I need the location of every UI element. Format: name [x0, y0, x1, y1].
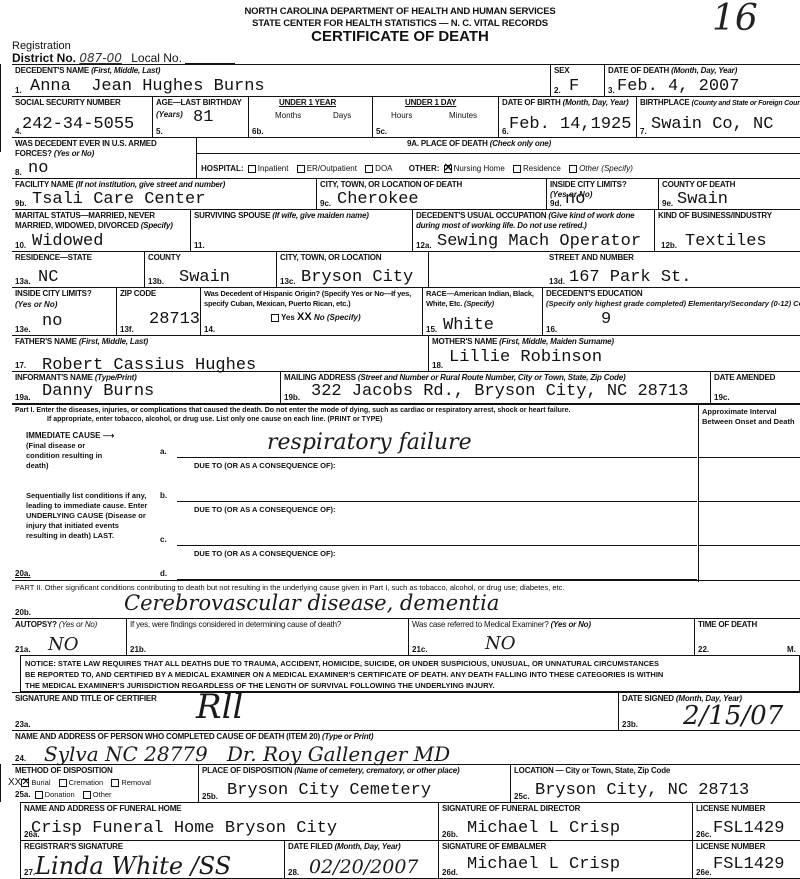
marital-status-hint: (Specify): [141, 221, 173, 230]
informant-name-hint: (Type/Print): [95, 373, 137, 382]
field-number: 20b.: [15, 608, 31, 617]
funeral-home-cell[interactable]: NAME AND ADDRESS OF FUNERAL HOME 26a. Cr…: [20, 803, 438, 840]
death-city-cell[interactable]: CITY, TOWN, OR LOCATION OF DEATH 9c. Che…: [316, 179, 546, 209]
field-number: 23b.: [622, 720, 638, 729]
autopsy-hint: (Yes or No): [59, 620, 97, 629]
row-ssn: SOCIAL SECURITY NUMBER 4. 242-34-5055 AG…: [12, 96, 800, 137]
date-of-death-label: DATE OF DEATH: [608, 66, 669, 75]
residence-county: Swain: [179, 269, 230, 287]
minutes-label: Minutes: [449, 111, 477, 120]
other-disposition-label: Other: [93, 790, 112, 799]
facility-hint: (If not institution, give street and num…: [76, 180, 225, 189]
armed-forces-hint: (Yes or No): [54, 149, 94, 158]
due-to-label: DUE TO (OR AS A CONSEQUENCE OF):: [194, 549, 336, 558]
age-cell[interactable]: AGE—Last Birthday (Years) 5. 81: [152, 97, 248, 137]
residence-county-label: COUNTY: [148, 253, 181, 263]
education-label: DECEDENT'S EDUCATION: [546, 289, 642, 299]
disposition-location-cell[interactable]: LOCATION — City or Town, State, Zip Code…: [510, 765, 800, 802]
field-number: 1.: [15, 86, 22, 95]
sex-cell[interactable]: SEX 2. F: [550, 65, 604, 96]
residence-street-cell[interactable]: STREET AND NUMBER 13d. 167 Park St.: [428, 252, 800, 287]
field-number: 13b.: [148, 277, 164, 286]
row-certifier: SIGNATURE AND TITLE OF CERTIFIER 23a. Rl…: [12, 692, 800, 730]
ssn-value: 242-34-5055: [22, 116, 134, 134]
date-of-birth-cell[interactable]: DATE OF BIRTH (Month, Day, Year) 6. Feb.…: [498, 97, 636, 137]
age-value: 81: [193, 109, 213, 127]
spouse-label: SURVIVING SPOUSE: [194, 211, 270, 220]
er-outpatient-checkbox[interactable]: [297, 165, 305, 173]
date-amended-label: DATE AMENDED: [714, 373, 775, 383]
spouse-hint: (If wife, give maiden name): [272, 211, 368, 220]
date-filed-label: DATE FILED: [288, 842, 333, 851]
field-number: 19b.: [284, 393, 300, 402]
field-number: 13c.: [280, 277, 296, 286]
field-number: 19c.: [714, 393, 730, 402]
date-of-birth-label: DATE OF BIRTH: [502, 98, 561, 107]
notice-box: NOTICE: STATE LAW REQUIRES THAT ALL DEAT…: [20, 655, 800, 692]
field-number: 13e.: [15, 325, 31, 334]
ssn-label: SOCIAL SECURITY NUMBER: [15, 98, 121, 108]
age-label: AGE—Last Birthday: [156, 98, 242, 108]
decedent-name-hint: (First, Middle, Last): [91, 66, 160, 75]
mother-name-label: MOTHER'S NAME: [432, 337, 497, 346]
row-residence: RESIDENCE—STATE 13a. NC COUNTY 13b. Swai…: [12, 251, 800, 287]
field-number: 25a.: [15, 790, 31, 799]
other-checkbox[interactable]: [83, 791, 91, 799]
notice-line1: NOTICE: STATE LAW REQUIRES THAT ALL DEAT…: [25, 658, 799, 669]
residence-state-label: RESIDENCE—STATE: [15, 253, 92, 263]
field-number: 9e.: [662, 199, 673, 208]
place-of-death-label: PLACE OF DEATH: [421, 139, 488, 148]
registrar-cell[interactable]: REGISTRAR'S SIGNATURE 27. Linda White /S…: [20, 841, 284, 878]
date-of-birth: Feb. 14,1925: [509, 116, 631, 134]
father-name-label: FATHER'S NAME: [15, 337, 77, 346]
residence-checkbox[interactable]: [513, 165, 521, 173]
birthplace-hint: (County and State or Foreign Country): [692, 100, 800, 107]
cremation-label: Cremation: [69, 778, 104, 787]
field-number: 6.: [502, 127, 509, 136]
row-armed-place: WAS DECEDENT EVER IN U.S. ARMED FORCES? …: [12, 137, 800, 178]
date-of-death-hint: (Month, Day, Year): [671, 66, 737, 75]
field-number: 20a.: [15, 569, 31, 578]
autopsy-label: AUTOPSY?: [15, 620, 57, 629]
facility-label: FACILITY NAME: [15, 180, 74, 189]
sex-value: F: [569, 78, 579, 96]
row-registrar: REGISTRAR'S SIGNATURE 27. Linda White /S…: [20, 840, 800, 879]
date-filed: 02/20/2007: [309, 856, 419, 878]
registration-block: Registration District No. 087-00 Local N…: [12, 40, 235, 64]
field-number: 5c.: [376, 127, 387, 136]
embalmer-label: SIGNATURE OF EMBALMER: [442, 842, 546, 852]
death-city-label: CITY, TOWN, OR LOCATION OF DEATH: [320, 180, 462, 190]
residence-street: 167 Park St.: [569, 269, 691, 287]
armed-forces-cell[interactable]: WAS DECEDENT EVER IN U.S. ARMED FORCES? …: [12, 138, 196, 178]
part1-instruction-line1: Part I. Enter the diseases, injuries, or…: [15, 406, 705, 415]
field-number: 26b.: [442, 830, 458, 839]
field-number: 23a.: [15, 720, 31, 729]
inpatient-checkbox[interactable]: [248, 165, 256, 173]
row-completer[interactable]: NAME AND ADDRESS OF PERSON WHO COMPLETED…: [12, 730, 800, 764]
other-specify-label: Other (Specify): [579, 164, 633, 173]
hispanic-yes-checkbox[interactable]: [271, 314, 279, 322]
local-label: Local No.: [131, 51, 182, 65]
removal-label: Removal: [121, 778, 151, 787]
nursing-home-checkbox[interactable]: [444, 165, 452, 173]
informant-name: Danny Burns: [42, 383, 154, 401]
zip-label: ZIP CODE: [120, 289, 156, 299]
cremation-checkbox[interactable]: [59, 779, 67, 787]
autopsy-value: NO: [48, 634, 79, 655]
row-parents: FATHER'S NAME (First, Middle, Last) 17. …: [12, 335, 800, 371]
education: 9: [601, 311, 611, 329]
race: White: [443, 317, 494, 335]
birthplace: Swain Co, NC: [651, 116, 773, 134]
date-signed-cell[interactable]: DATE SIGNED (Month, Day, Year) 23b. 2/15…: [618, 693, 800, 730]
field-number: 13f.: [120, 325, 134, 334]
due-to-label: DUE TO (OR AS A CONSEQUENCE OF):: [194, 505, 336, 514]
field-number: 9d.: [550, 199, 562, 208]
hispanic-no-label: No (Specify): [314, 313, 361, 322]
residence-state: NC: [38, 269, 58, 287]
medical-examiner-value: NO: [485, 633, 516, 654]
field-number: 13d.: [549, 277, 565, 286]
spouse-cell[interactable]: SURVIVING SPOUSE (If wife, give maiden n…: [190, 210, 412, 251]
marital-status: Widowed: [32, 233, 103, 251]
field-number: 15.: [426, 325, 437, 334]
informant-address: 322 Jacobs Rd., Bryson City, NC 28713: [311, 383, 688, 401]
residence-county-cell[interactable]: COUNTY 13b. Swain: [144, 252, 276, 287]
date-filed-cell[interactable]: DATE FILED (Month, Day, Year) 28. 02/20/…: [284, 841, 438, 878]
under-1-year-label: UNDER 1 YEAR: [279, 98, 336, 108]
marital-status-cell[interactable]: MARITAL STATUS—Married, Never Married, W…: [12, 210, 190, 251]
cause-of-death-section: Part I. Enter the diseases, injuries, or…: [12, 403, 800, 580]
date-of-birth-hint: (Month, Day, Year): [563, 98, 629, 107]
field-number: 26d.: [442, 868, 458, 877]
sequential-hint: Sequentially list conditions if any, lea…: [26, 491, 150, 541]
race-hint: (Specify): [464, 299, 494, 308]
notice-line3: THE MEDICAL EXAMINER'S JURISDICTION REGA…: [25, 680, 799, 691]
director-license: FSL1429: [713, 820, 784, 838]
age-hint: (Years): [156, 110, 183, 119]
ssn-cell[interactable]: SOCIAL SECURITY NUMBER 4. 242-34-5055: [12, 97, 152, 137]
field-number: 24.: [15, 754, 26, 763]
field-number: 17.: [15, 361, 26, 370]
medical-examiner-label: Was case referred to Medical Examiner?: [412, 620, 549, 629]
time-suffix: M.: [787, 645, 796, 654]
days-label: Days: [333, 111, 351, 120]
field-number: 21b.: [130, 645, 146, 654]
medical-examiner-hint: (Yes or No): [551, 620, 591, 629]
district-number[interactable]: 087-00: [79, 51, 122, 65]
district-label: District No.: [12, 51, 76, 65]
row-funeral-home: NAME AND ADDRESS OF FUNERAL HOME 26a. Cr…: [20, 802, 800, 840]
place-of-death-cell: 9a. PLACE OF DEATH (Check only one) HOSP…: [196, 138, 800, 178]
part1-instructions: Part I. Enter the diseases, injuries, or…: [15, 406, 705, 424]
education-cell[interactable]: DECEDENT'S EDUCATION (Specify only highe…: [542, 288, 800, 335]
part2-section[interactable]: PART II. Other significant conditions co…: [12, 580, 800, 618]
cause-a-value: respiratory failure: [267, 430, 472, 455]
death-county-label: COUNTY OF DEATH: [662, 180, 735, 190]
director-license-label: LICENSE NUMBER: [696, 804, 765, 814]
death-inside-limits-cell[interactable]: INSIDE CITY LIMITS? (Yes or No) 9d. no: [546, 179, 658, 209]
field-number: 28.: [288, 868, 299, 877]
occupation-cell[interactable]: DECEDENT'S USUAL OCCUPATION (Give kind o…: [412, 210, 654, 251]
disposition-options-row2: 25a. Donation Other: [15, 790, 112, 799]
funeral-home: Crisp Funeral Home Bryson City: [31, 820, 337, 838]
disposition-place: Bryson City Cemetery: [227, 782, 431, 800]
disposition-place-hint: (Name of cemetery, crematory, or other p…: [294, 766, 459, 775]
removal-checkbox[interactable]: [111, 779, 119, 787]
residence-inside-limits: no: [42, 313, 62, 331]
certifier-signature-cell[interactable]: SIGNATURE AND TITLE OF CERTIFIER 23a. Rl…: [12, 693, 618, 730]
field-number: 9b.: [15, 199, 27, 208]
zip-cell[interactable]: ZIP CODE 13f. 28713: [116, 288, 200, 335]
cause-line-c[interactable]: [177, 545, 697, 546]
cause-line-a[interactable]: [177, 457, 697, 458]
date-of-death-cell[interactable]: DATE OF DEATH (Month, Day, Year) 3. Feb.…: [604, 65, 800, 96]
hispanic-origin-label: Was Decedent of Hispanic Origin? (Specif…: [204, 289, 420, 309]
field-number: 18.: [432, 361, 443, 370]
disposition-location-label: LOCATION — City or Town, State, Zip Code: [514, 766, 670, 776]
notice-text: NOTICE: STATE LAW REQUIRES THAT ALL DEAT…: [25, 658, 799, 691]
embalmer-license-label: LICENSE NUMBER: [696, 842, 765, 852]
line-b-letter: b.: [160, 491, 167, 500]
disposition-place-label: PLACE OF DISPOSITION: [202, 766, 292, 775]
decedent-name-label: DECEDENT'S NAME: [15, 66, 89, 75]
father-name-cell[interactable]: FATHER'S NAME (First, Middle, Last) 17. …: [12, 336, 428, 371]
certifier-signature: Rll: [196, 687, 243, 727]
informant-address-label: MAILING ADDRESS: [284, 373, 356, 382]
armed-forces-value: no: [28, 160, 48, 178]
field-number: 26e.: [696, 868, 712, 877]
embalmer: Michael L Crisp: [467, 856, 620, 874]
residence-state-cell[interactable]: RESIDENCE—STATE 13a. NC: [12, 252, 144, 287]
completer-hint: (Type or Print): [322, 732, 373, 741]
interval-line-a[interactable]: [698, 457, 800, 458]
immediate-cause-text: IMMEDIATE CAUSE: [26, 431, 101, 440]
race-cell[interactable]: RACE—American Indian, Black, White, Etc.…: [422, 288, 542, 335]
date-filed-hint: (Month, Day, Year): [335, 842, 401, 851]
burial-label: Burial: [31, 778, 50, 787]
funeral-director-cell[interactable]: SIGNATURE OF FUNERAL DIRECTOR 26b. Micha…: [438, 803, 692, 840]
decedent-name: Anna Jean Hughes Burns: [30, 78, 265, 96]
field-number: 12b.: [661, 241, 677, 250]
embalmer-license-cell[interactable]: LICENSE NUMBER 26e. FSL1429: [692, 841, 800, 878]
registrar-label: REGISTRAR'S SIGNATURE: [24, 842, 123, 852]
field-number: 27.: [24, 868, 35, 877]
autopsy-cell[interactable]: AUTOPSY? (Yes or No) 21a. NO: [12, 619, 126, 655]
disposition-options-row1: XXBurial Cremation Removal: [8, 777, 151, 788]
department-header: NORTH CAROLINA DEPARTMENT OF HEALTH AND …: [0, 6, 800, 17]
father-name-hint: (First, Middle, Last): [79, 337, 148, 346]
funeral-director: Michael L Crisp: [467, 820, 620, 838]
cause-line-b[interactable]: [177, 501, 697, 502]
informant-address-hint: (Street and Number or Rural Route Number…: [358, 373, 626, 382]
sex-label: SEX: [554, 66, 569, 76]
informant-name-cell[interactable]: INFORMANT'S NAME (Type/Print) 19a. Danny…: [12, 372, 280, 403]
findings-label: If yes, were findings considered in dete…: [130, 620, 341, 630]
funeral-home-label: NAME AND ADDRESS OF FUNERAL HOME: [24, 804, 181, 814]
date-signed-label: DATE SIGNED: [622, 694, 674, 703]
donation-label: Donation: [45, 790, 75, 799]
field-number: 14.: [204, 325, 215, 334]
row-demographics: INSIDE CITY LIMITS? (Yes or No) 13e. no …: [12, 287, 800, 335]
er-outpatient-label: ER/Outpatient: [307, 164, 357, 173]
left-border-bracket: [0, 64, 12, 152]
field-number: 26c.: [696, 830, 712, 839]
field-number: 6b.: [252, 127, 264, 136]
immediate-cause-label: IMMEDIATE CAUSE ⟶: [26, 431, 114, 440]
disposition-place-cell[interactable]: PLACE OF DISPOSITION (Name of cemetery, …: [198, 765, 510, 802]
registrar-signature: Linda White /SS: [35, 852, 231, 879]
informant-address-cell[interactable]: MAILING ADDRESS (Street and Number or Ru…: [280, 372, 710, 403]
date-signed: 2/15/07: [683, 701, 783, 731]
field-number: 13a.: [15, 277, 31, 286]
field-number: 21c.: [412, 645, 428, 654]
facility-name: Tsali Care Center: [32, 191, 205, 209]
field-number: 21a.: [15, 645, 31, 654]
residence-street-label: STREET AND NUMBER: [549, 253, 634, 263]
inpatient-label: Inpatient: [258, 164, 289, 173]
date-amended-cell[interactable]: DATE AMENDED 19c.: [710, 372, 800, 403]
hispanic-yes-label: Yes: [281, 313, 295, 322]
occupation: Sewing Mach Operator: [437, 233, 641, 251]
under-1-day-label: UNDER 1 DAY: [405, 98, 456, 108]
funeral-director-label: SIGNATURE OF FUNERAL DIRECTOR: [442, 804, 580, 814]
row-name: DECEDENT'S NAME (First, Middle, Last) 1.…: [12, 64, 800, 96]
donation-checkbox[interactable]: [35, 791, 43, 799]
nursing-home-label: Nursing Home: [454, 164, 505, 173]
row-facility: FACILITY NAME (If not institution, give …: [12, 178, 800, 209]
hispanic-no-mark[interactable]: XX: [297, 311, 312, 323]
row-marital: MARITAL STATUS—Married, Never Married, W…: [12, 209, 800, 251]
part2-value: Cerebrovascular disease, dementia: [124, 591, 499, 615]
interval-line-c[interactable]: [698, 545, 800, 546]
decedent-name-cell[interactable]: DECEDENT'S NAME (First, Middle, Last) 1.…: [12, 65, 550, 96]
findings-cell[interactable]: If yes, were findings considered in dete…: [126, 619, 408, 655]
death-county: Swain: [677, 191, 728, 209]
industry-cell[interactable]: KIND OF BUSINESS/INDUSTRY 12b. Textiles: [654, 210, 800, 251]
certifier-signature-label: SIGNATURE AND TITLE OF CERTIFIER: [15, 694, 157, 704]
residence-inside-limits-cell[interactable]: INSIDE CITY LIMITS? (Yes or No) 13e. no: [12, 288, 116, 335]
burial-checkbox[interactable]: [21, 779, 29, 787]
row-informant: INFORMANT'S NAME (Type/Print) 19a. Danny…: [12, 371, 800, 403]
field-number: 12a.: [416, 241, 432, 250]
time-of-death-cell[interactable]: TIME OF DEATH 22. M.: [694, 619, 800, 655]
interval-divider: [698, 405, 699, 582]
doa-label: DOA: [375, 164, 392, 173]
residence-city: Bryson City: [301, 269, 413, 287]
field-number: 8.: [15, 168, 22, 177]
hospital-label: HOSPITAL:: [201, 164, 244, 173]
embalmer-cell[interactable]: SIGNATURE OF EMBALMER 26d. Michael L Cri…: [438, 841, 692, 878]
line-c-letter: c.: [160, 535, 167, 544]
field-number: 25b.: [202, 792, 218, 801]
industry: Textiles: [685, 233, 767, 251]
residence-inside-hint: (Yes or No): [15, 300, 57, 309]
under-1-year-cell[interactable]: UNDER 1 YEAR Months Days 6b.: [248, 97, 372, 137]
field-number: 11.: [194, 241, 205, 250]
date-of-death: Feb. 4, 2007: [617, 78, 739, 96]
field-number: 10.: [15, 241, 26, 250]
time-of-death-label: TIME OF DEATH: [698, 620, 757, 630]
education-hint: (Specify only highest grade completed) E…: [546, 299, 800, 309]
field-number: 7.: [640, 127, 647, 136]
field-number: 2.: [554, 86, 561, 95]
zip-code: 28713: [149, 311, 200, 329]
line-a-letter: a.: [160, 447, 167, 456]
birthplace-cell[interactable]: BIRTHPLACE (County and State or Foreign …: [636, 97, 800, 137]
notice-line2: BE REPORTED TO, AND CERTIFIED BY A MEDIC…: [25, 669, 799, 680]
medical-examiner-cell[interactable]: Was case referred to Medical Examiner? (…: [408, 619, 694, 655]
residence-label: Residence: [523, 164, 561, 173]
field-number: 9a.: [407, 139, 419, 148]
months-label: Months: [275, 111, 301, 120]
field-number: 16.: [546, 325, 557, 334]
residence-city-label: CITY, TOWN, OR LOCATION: [280, 253, 381, 263]
due-to-label: DUE TO (OR AS A CONSEQUENCE OF):: [194, 461, 336, 470]
residence-inside-label: INSIDE CITY LIMITS?: [15, 289, 92, 299]
facility-cell[interactable]: FACILITY NAME (If not institution, give …: [12, 179, 316, 209]
completer-value: Sylva NC 28779 Dr. Roy Gallenger MD: [44, 742, 450, 766]
field-number: 5.: [156, 127, 163, 136]
occupation-label: DECEDENT'S USUAL OCCUPATION: [416, 211, 546, 220]
arrow-right-icon: ⟶: [103, 431, 114, 440]
hours-label: Hours: [391, 111, 412, 120]
under-1-day-cell[interactable]: UNDER 1 DAY Hours Minutes 5c.: [372, 97, 498, 137]
doa-checkbox[interactable]: [365, 165, 373, 173]
industry-label: KIND OF BUSINESS/INDUSTRY: [658, 211, 772, 221]
death-inside-limits: no: [565, 191, 585, 209]
marital-status-label: MARITAL STATUS—Married, Never Married, W…: [15, 211, 155, 230]
part1-instruction-line2: If appropriate, enter tobacco, alcohol, …: [15, 415, 705, 424]
director-license-cell[interactable]: LICENSE NUMBER 26c. FSL1429: [692, 803, 800, 840]
death-city: Cherokee: [337, 191, 419, 209]
disposition-method-cell: METHOD OF DISPOSITION XXBurial Cremation…: [12, 765, 198, 802]
line-d-letter: d.: [160, 569, 167, 578]
interval-label: Approximate Interval Between Onset and D…: [702, 407, 798, 427]
informant-name-label: INFORMANT'S NAME: [15, 373, 93, 382]
hispanic-origin-cell[interactable]: Was Decedent of Hispanic Origin? (Specif…: [200, 288, 422, 335]
embalmer-license: FSL1429: [713, 856, 784, 874]
other-specify-checkbox[interactable]: [569, 165, 577, 173]
field-number: 3.: [608, 86, 615, 95]
mother-name-hint: (First, Middle, Maiden Surname): [499, 337, 614, 346]
field-number: 22.: [698, 645, 709, 654]
death-county-cell[interactable]: COUNTY OF DEATH 9e. Swain: [658, 179, 800, 209]
place-of-death-hint: (Check only one): [490, 139, 551, 148]
row-autopsy: AUTOPSY? (Yes or No) 21a. NO If yes, wer…: [12, 618, 800, 655]
mother-name: Lillie Robinson: [449, 349, 602, 367]
page-number: 16: [712, 0, 758, 39]
other-label: OTHER:: [409, 164, 440, 173]
left-border-bracket: [0, 764, 12, 802]
mother-name-cell[interactable]: MOTHER'S NAME (First, Middle, Maiden Sur…: [428, 336, 800, 371]
inside-limits-label: INSIDE CITY LIMITS?: [550, 180, 627, 190]
local-number-field[interactable]: [185, 54, 235, 64]
field-number: 25c.: [514, 792, 530, 801]
field-number: 19a.: [15, 393, 31, 402]
residence-city-cell[interactable]: CITY, TOWN, OR LOCATION 13c. Bryson City: [276, 252, 428, 287]
hispanic-options: Yes XX No (Specify): [271, 311, 361, 323]
completer-label: NAME AND ADDRESS OF PERSON WHO COMPLETED…: [15, 732, 320, 741]
field-number: 9c.: [320, 199, 331, 208]
birthplace-label: BIRTHPLACE: [640, 98, 690, 107]
interval-line-b[interactable]: [698, 501, 800, 502]
immediate-cause-hint: (Final disease or condition resulting in…: [26, 441, 116, 471]
row-disposition: METHOD OF DISPOSITION XXBurial Cremation…: [12, 764, 800, 802]
field-number: 4.: [15, 127, 22, 136]
